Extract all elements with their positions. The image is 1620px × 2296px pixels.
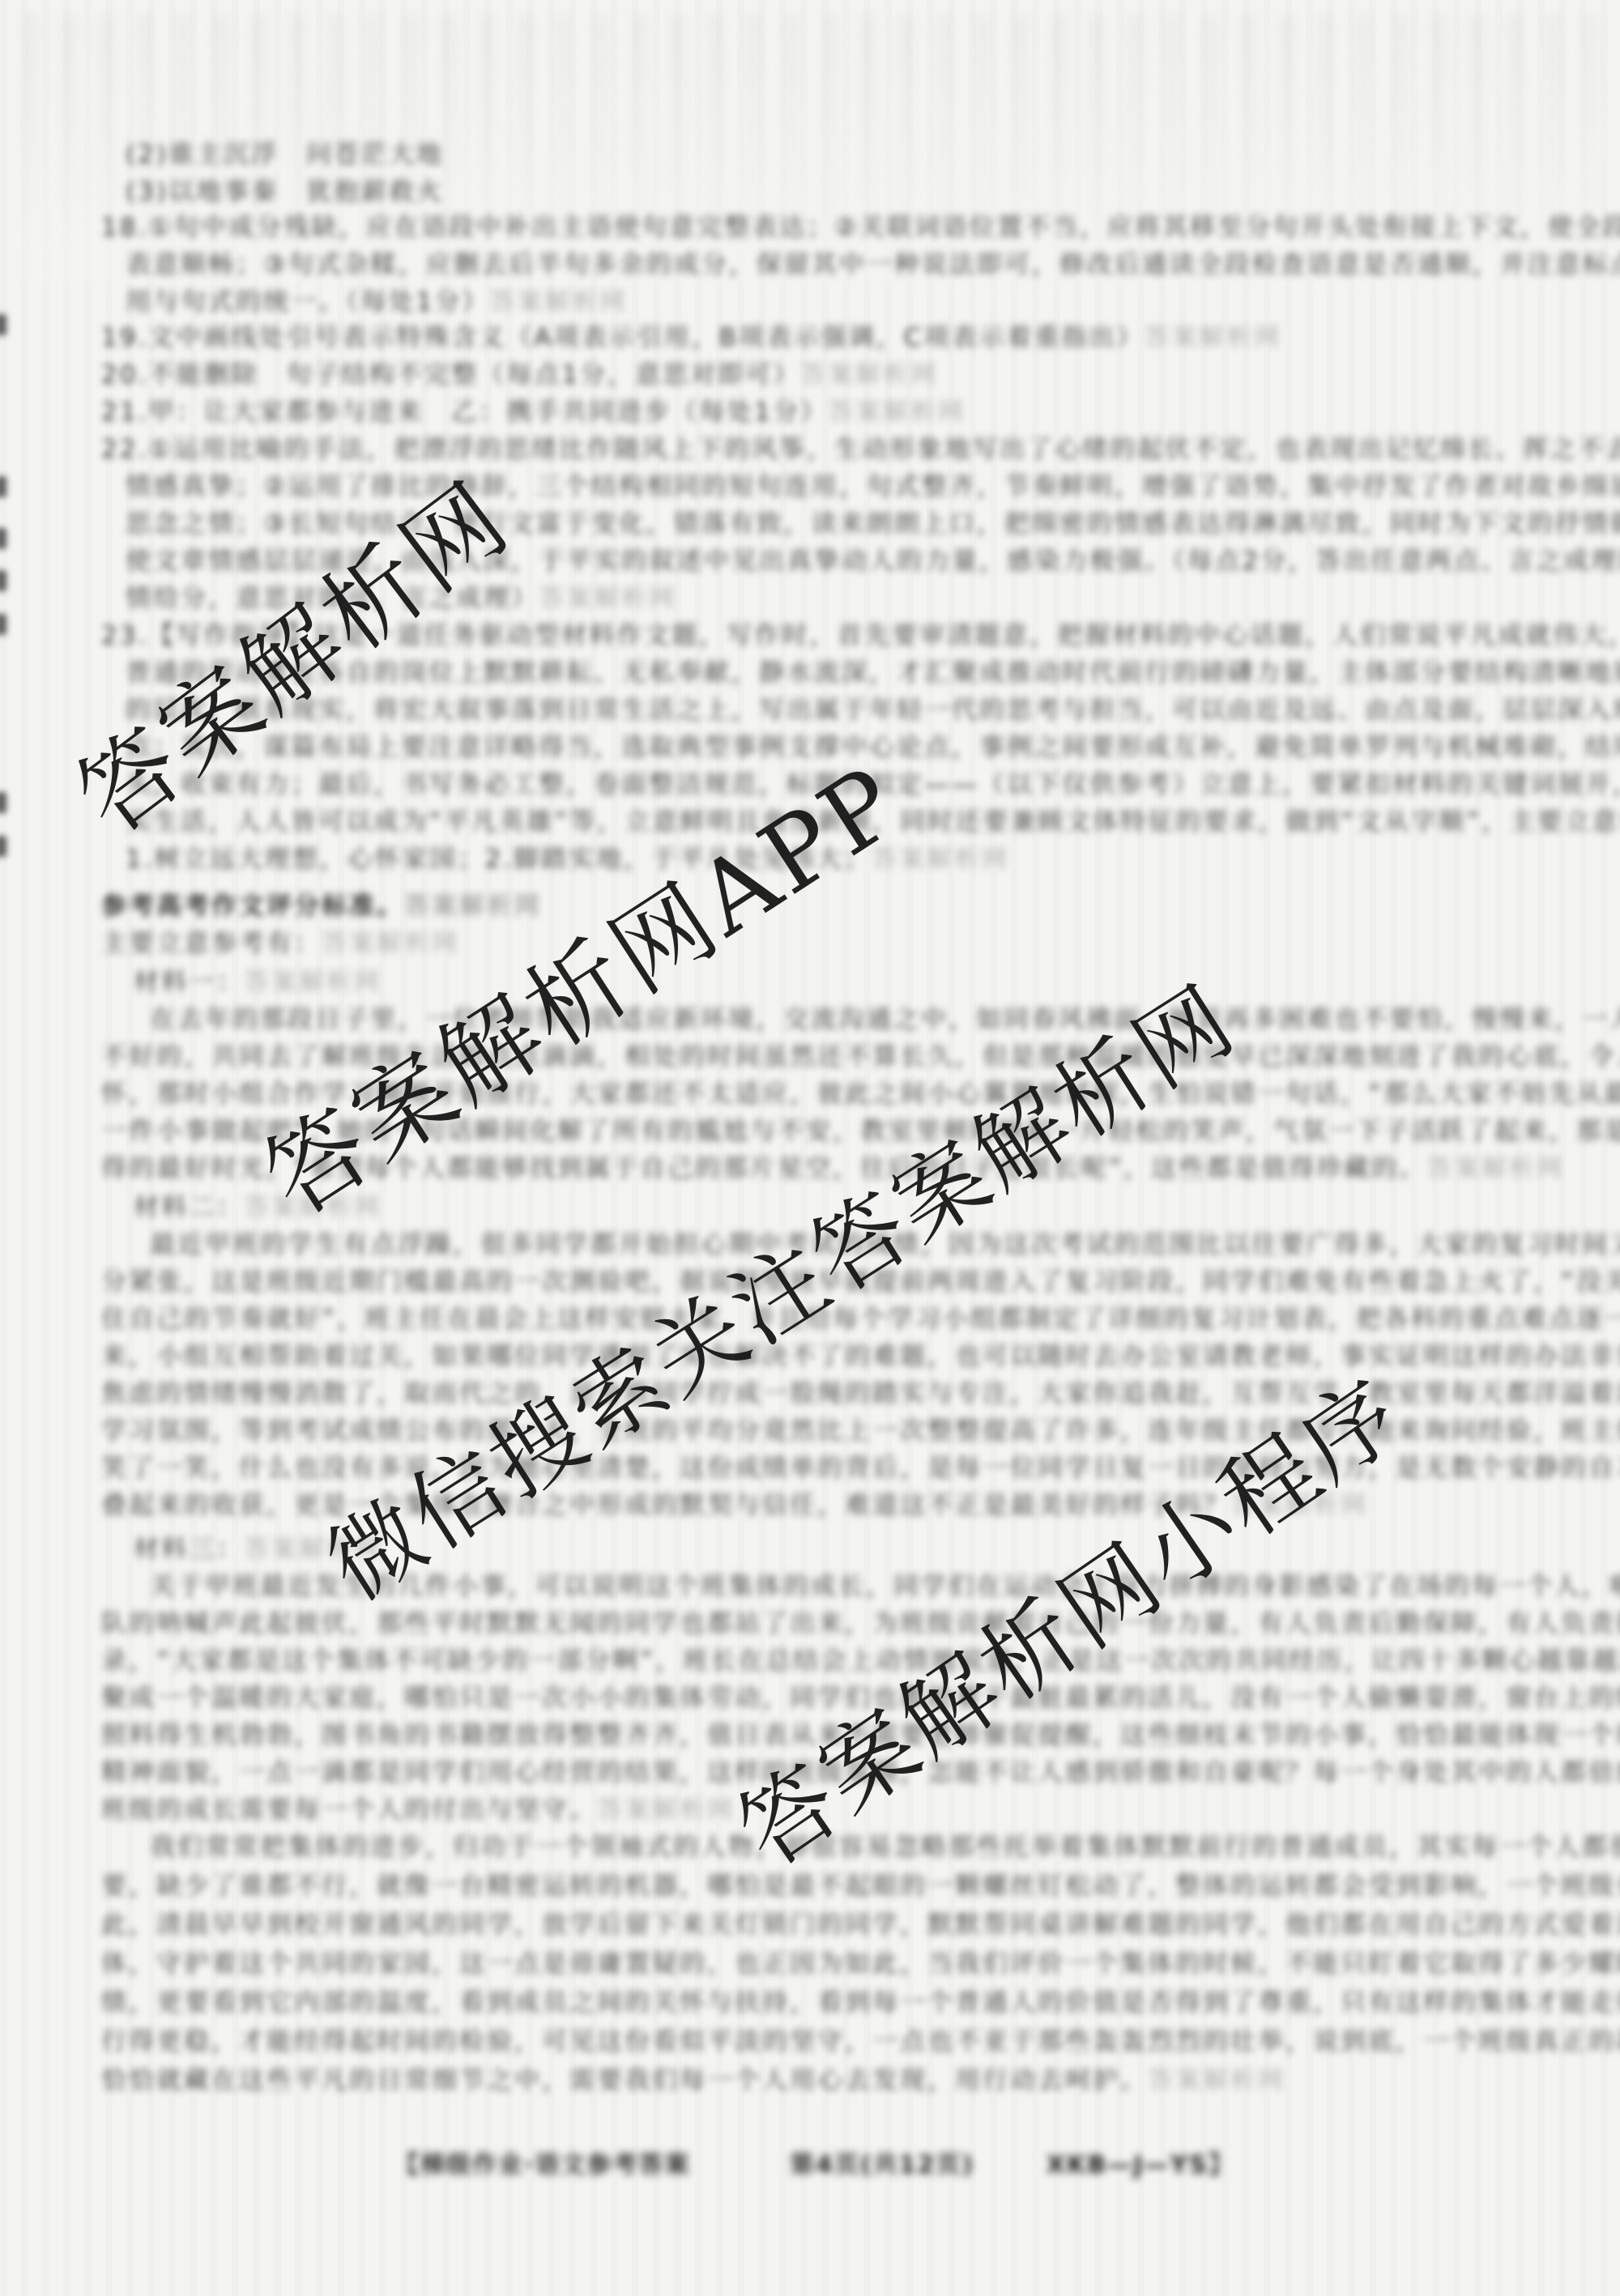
blurred-text-line: (2)谁主沉浮 问苍茫大地	[126, 139, 444, 170]
blurred-text-segment: 18.①句中成分残缺，应在语段中补出主语使句意完整表达；②关联词语位置不当，应将…	[101, 213, 1620, 242]
blurred-text-segment: 22.①运用比喻的手法，把漂浮的思绪比作随风上下的风筝，生动形象地写出了心绪的起…	[101, 435, 1620, 464]
blurred-text-segment: 用与句式的统一。（每处1分）	[126, 288, 489, 317]
scan-edge-artifact	[0, 570, 6, 591]
blurred-text-line: 要，缺少了谁都不行，就像一台精密运转的机器，哪怕是最不起眼的一颗螺丝钉松动了，整…	[101, 1871, 1620, 1902]
blurred-text-line: 思念之情；③长短句结合，使行文富于变化，错落有致，读来朗朗上口，把绵密的情感表达…	[126, 509, 1620, 539]
blurred-text-line: 住自己的节奏就好”，班主任在晨会上这样安慰大家，并且给每个学习小组都制定了详细的…	[101, 1304, 1620, 1335]
scanned-answer-sheet-page: (2)谁主沉浮 问苍茫大地(3)以地事秦 犹抱薪救火18.①句中成分残缺，应在语…	[0, 0, 1620, 2296]
blurred-text-segment: 不好的，共同去了解班级生活的点点滴滴，相处的时间虽然还不算长久，但是那种温暖的感…	[101, 1042, 1620, 1071]
inline-watermark-text: 答案解析网	[1426, 1154, 1564, 1183]
blurred-text-line: 22.①运用比喻的手法，把漂浮的思绪比作随风上下的风筝，生动形象地写出了心绪的起…	[101, 434, 1620, 465]
blurred-text-segment: 19.文中画线处引号表示特殊含义（A项表示引用，B项表示强调，C项表示着重指出）	[101, 323, 1144, 352]
blurred-text-segment: 思念之情；③长短句结合，使行文富于变化，错落有致，读来朗朗上口，把绵密的情感表达…	[126, 509, 1620, 539]
blurred-text-line: 来，小组互相帮助着过关，如果哪位同学遇到了实在解决不了的难题，也可以随时去办公室…	[101, 1341, 1620, 1372]
scan-edge-artifact	[0, 614, 6, 635]
blurred-text-line: (3)以地事秦 犹抱薪救火	[126, 177, 444, 207]
blurred-text-line: 队的呐喊声此起彼伏，那些平时默默无闻的同学也都站了出来，为班级贡献着自己的一份力…	[101, 1608, 1620, 1639]
scan-edge-artifact	[0, 314, 6, 335]
blurred-text-line: 录，“大家都是这个集体不可缺少的一部分啊”，班长在总结会上动情地说道，正是这一次…	[101, 1646, 1620, 1676]
inline-watermark-text: 答案解析网	[828, 398, 966, 427]
inline-watermark-text: 答案解析网	[404, 892, 542, 921]
blurred-text-segment: 情感真挚；②运用了排比的修辞，三个结构相同的短句连用，句式整齐，节奏鲜明，增强了…	[126, 472, 1620, 501]
scan-edge-artifact	[0, 792, 6, 813]
inline-watermark-text: 答案解析网	[489, 288, 627, 317]
blurred-text-segment: 的层次，联系现实，将宏大叙事落到日常生活之上，写出属于年轻一代的思考与担当，可以…	[126, 696, 1620, 725]
blurred-text-segment: 体，守护着这个共同的家园，这一点是毋庸置疑的，也正因为如此，当我们评价一个集体的…	[101, 1949, 1620, 1979]
blurred-text-segment: 行得更稳，才能经得起时间的检验，可见这份看似平淡的坚守，一点也不亚于那些轰轰烈烈…	[101, 2027, 1620, 2056]
scan-edge-artifact	[0, 836, 6, 857]
blurred-text-line: 的层次，联系现实，将宏大叙事落到日常生活之上，写出属于年轻一代的思考与担当，可以…	[126, 695, 1620, 726]
inline-watermark-text: 答案解析网	[800, 360, 938, 390]
footer-page-number: 第4页(共12页)	[790, 2145, 974, 2180]
blurred-text-segment: 要，缺少了谁都不行，就像一台精密运转的机器，哪怕是最不起眼的一颗螺丝钉松动了，整…	[101, 1872, 1620, 1901]
blurred-text-line: 21.甲：让大家都参与进来 乙：携手共同进步（每处1分）答案解析网	[101, 397, 966, 428]
blurred-text-segment: 来，小组互相帮助着过关，如果哪位同学遇到了实在解决不了的难题，也可以随时去办公室…	[101, 1342, 1620, 1371]
blurred-text-segment: 主要立意参考有：	[101, 929, 322, 958]
blurred-text-line: 恰恰就藏在这些平凡的日常细节之中，需要我们每一个人用心去发现，用行动去呵护。答案…	[101, 2065, 1285, 2096]
blurred-text-segment: 恰恰就藏在这些平凡的日常细节之中，需要我们每一个人用心去发现，用行动去呵护。	[101, 2066, 1148, 2095]
blurred-text-line: 行得更稳，才能经得起时间的检验，可见这份看似平淡的坚守，一点也不亚于那些轰轰烈烈…	[101, 2026, 1620, 2057]
blurred-text-line: 18.①句中成分残缺，应在语段中补出主语使句意完整表达；②关联词语位置不当，应将…	[101, 212, 1620, 243]
blurred-text-segment: 绩，更要看到它内部的温度，看到成员之间的关怀与扶持，看到每一个普通人的价值是否得…	[101, 1988, 1620, 2017]
blurred-text-line: 主要立意参考有：答案解析网	[101, 928, 459, 959]
blurred-text-segment: 材料一：	[134, 968, 244, 997]
blurred-text-line: 用与句式的统一。（每处1分）答案解析网	[126, 287, 627, 317]
blurred-text-line: 材料一：答案解析网	[134, 967, 382, 998]
scan-edge-artifact	[0, 528, 6, 549]
blurred-text-line: 点；其次，谋篇布局上要注意详略得当，选取典型事例支撑中心论点，事例之间要形成互补…	[126, 732, 1620, 763]
blurred-text-segment: 材料二：	[134, 1193, 244, 1222]
blurred-text-segment: 我们常常把集体的进步，归功于一个领袖式的人物，却很容易忽略那些托举着集体默默前行…	[150, 1833, 1620, 1862]
blurred-text-segment: 21.甲：让大家都参与进来 乙：携手共同进步（每处1分）	[101, 398, 828, 427]
blurred-text-segment: 录，“大家都是这个集体不可缺少的一部分啊”，班长在总结会上动情地说道，正是这一次…	[101, 1646, 1620, 1676]
blurred-text-segment: (3)以地事秦 犹抱薪救火	[126, 177, 444, 207]
blurred-text-line: 20.不能删除 句子结构不完整（每点1分，意思对即可）答案解析网	[101, 360, 938, 390]
blurred-text-line: 在去年的那段日子里，一位老师帮助我适应新环境，交流沟通之中，如同春风拂面，她说再…	[150, 1004, 1620, 1035]
blurred-text-line: 表意顺畅；③句式杂糅，应删去后半句多余的成分，保留其中一种说法即可，修改后通读全…	[126, 249, 1620, 280]
blurred-text-segment: (2)谁主沉浮 问苍茫大地	[126, 140, 444, 169]
blurred-text-segment: 班级的成长需要每一个人的付出与坚守。	[101, 1795, 597, 1825]
footer-paper-code: XKB—J—YS】	[1047, 2145, 1234, 2180]
inline-watermark-text: 答案解析网	[1148, 2066, 1285, 2095]
blurred-text-segment: 表意顺畅；③句式杂糅，应删去后半句多余的成分，保留其中一种说法即可，修改后通读全…	[126, 250, 1620, 279]
blurred-text-segment: 此，清晨早早到校开窗通风的同学，放学后留下来关灯锁门的同学，默默帮同桌讲解难题的…	[101, 1910, 1620, 1940]
blurred-text-segment: 叠起来的收获，更是一个集体在磨合之中形成的默契与信任，难道这不正是最美好的样子吗…	[101, 1491, 1230, 1520]
blurred-text-segment: 20.不能删除 句子结构不完整（每点1分，意思对即可）	[101, 360, 800, 390]
blurred-text-segment: 住自己的节奏就好”，班主任在晨会上这样安慰大家，并且给每个学习小组都制定了详细的…	[101, 1305, 1620, 1334]
blurred-text-line: 19.文中画线处引号表示特殊含义（A项表示引用，B项表示强调，C项表示着重指出）…	[101, 322, 1281, 353]
blurred-text-line: 不好的，共同去了解班级生活的点点滴滴，相处的时间虽然还不算长久，但是那种温暖的感…	[101, 1042, 1620, 1072]
blurred-text-line: 班级的成长需要每一个人的付出与坚守。答案解析网	[101, 1795, 735, 1825]
blurred-text-line: 情感真挚；②运用了排比的修辞，三个结构相同的短句连用，句式整齐，节奏鲜明，增强了…	[126, 471, 1620, 502]
blurred-text-segment: 参考高考作文评分标准。	[101, 892, 404, 921]
inline-watermark-text: 答案解析网	[322, 929, 459, 958]
footer-paper-title: 【梯级作业·语文参考答案	[394, 2145, 690, 2180]
scan-edge-artifact	[0, 476, 6, 497]
blurred-text-line: 体，守护着这个共同的家园，这一点是毋庸置疑的，也正因为如此，当我们评价一个集体的…	[101, 1949, 1620, 1979]
blurred-text-segment: 点；其次，谋篇布局上要注意详略得当，选取典型事例支撑中心论点，事例之间要形成互补…	[126, 733, 1620, 762]
blurred-text-line: 参考高考作文评分标准。答案解析网	[101, 891, 542, 922]
blurred-text-line: 绩，更要看到它内部的温度，看到成员之间的关怀与扶持，看到每一个普通人的价值是否得…	[101, 1987, 1620, 2018]
blurred-text-segment: 队的呐喊声此起彼伏，那些平时默默无闻的同学也都站了出来，为班级贡献着自己的一份力…	[101, 1609, 1620, 1638]
inline-watermark-text: 答案解析网	[244, 968, 382, 997]
inline-watermark-text: 答案解析网	[597, 1795, 735, 1825]
inline-watermark-text: 答案解析网	[539, 584, 676, 613]
blurred-text-segment: 材料三：	[134, 1535, 244, 1564]
inline-watermark-text: 答案解析网	[1144, 323, 1281, 352]
blurred-text-segment: 在去年的那段日子里，一位老师帮助我适应新环境，交流沟通之中，如同春风拂面，她说再…	[150, 1005, 1620, 1034]
blurred-text-line: 此，清晨早早到校开窗通风的同学，放学后留下来关灯锁门的同学，默默帮同桌讲解难题的…	[101, 1910, 1620, 1940]
blurred-text-line: 我们常常把集体的进步，归功于一个领袖式的人物，却很容易忽略那些托举着集体默默前行…	[150, 1832, 1620, 1863]
